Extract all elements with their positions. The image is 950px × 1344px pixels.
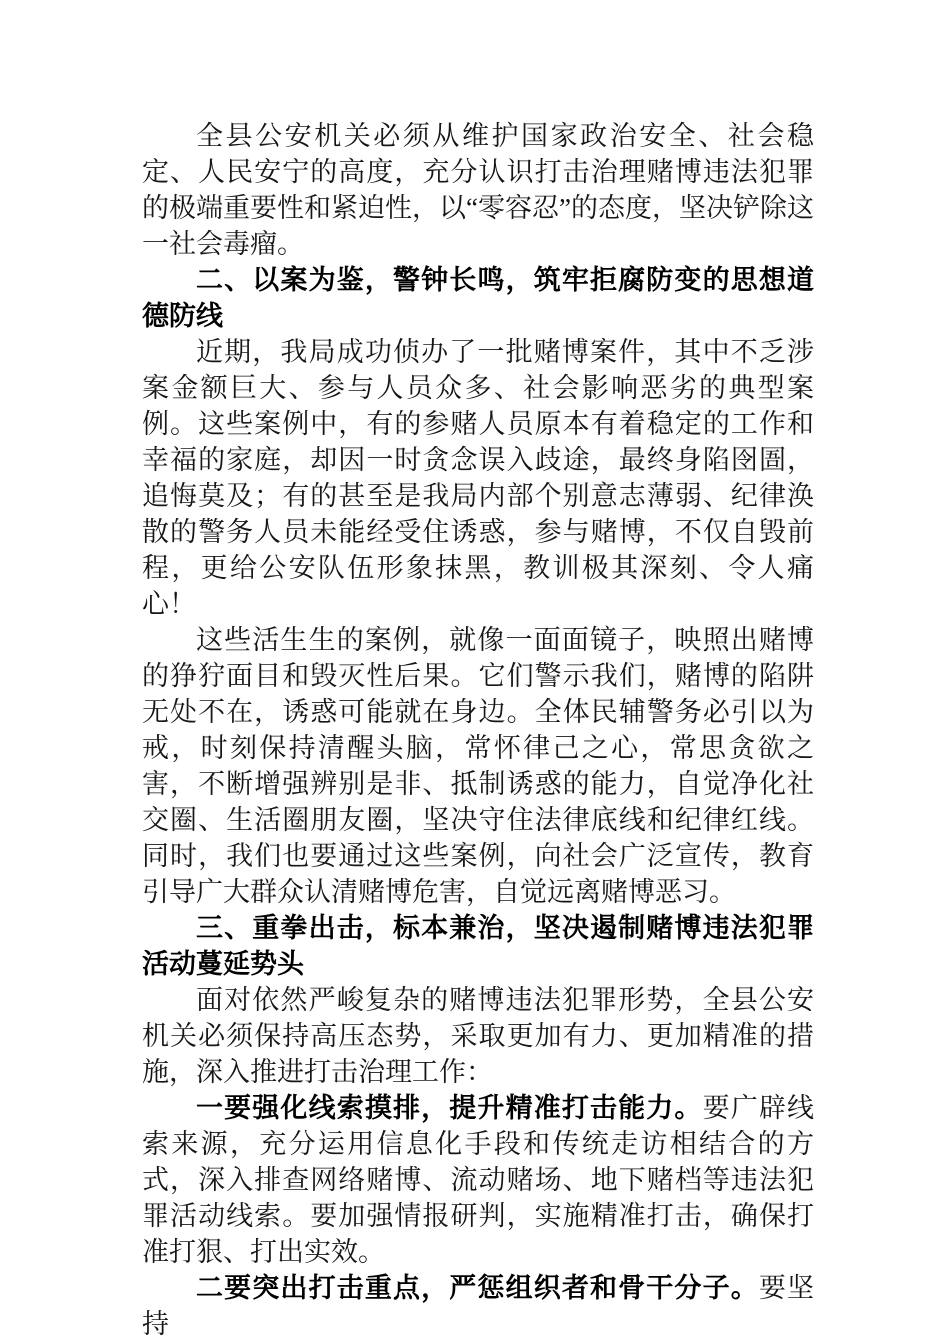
paragraph-bold-lead: 一要强化线索摸排，提升精准打击能力。 [196, 1093, 703, 1123]
section-heading-3: 三、重拳出击，标本兼治，坚决遏制赌博违法犯罪活动蔓延势头 [142, 910, 814, 982]
document-page: 全县公安机关必须从维护国家政治安全、社会稳定、人民安宁的高度，充分认识打击治理赌… [0, 0, 950, 1344]
paragraph-body: 这些活生生的案例，就像一面面镜子，映照出赌博的狰狞面目和毁灭性后果。它们警示我们… [142, 622, 814, 910]
paragraph-body: 一要强化线索摸排，提升精准打击能力。要广辟线索来源，充分运用信息化手段和传统走访… [142, 1090, 814, 1270]
paragraph-body: 全县公安机关必须从维护国家政治安全、社会稳定、人民安宁的高度，充分认识打击治理赌… [142, 118, 814, 262]
paragraph-body: 近期，我局成功侦办了一批赌博案件，其中不乏涉案金额巨大、参与人员众多、社会影响恶… [142, 334, 814, 622]
section-heading-2: 二、以案为鉴，警钟长鸣，筑牢拒腐防变的思想道德防线 [142, 262, 814, 334]
paragraph-body: 面对依然严峻复杂的赌博违法犯罪形势，全县公安机关必须保持高压态势，采取更加有力、… [142, 982, 814, 1090]
paragraph-bold-lead: 二要突出打击重点，严惩组织者和骨干分子。 [196, 1273, 759, 1303]
paragraph-body: 二要突出打击重点，严惩组织者和骨干分子。要坚持 [142, 1270, 814, 1342]
